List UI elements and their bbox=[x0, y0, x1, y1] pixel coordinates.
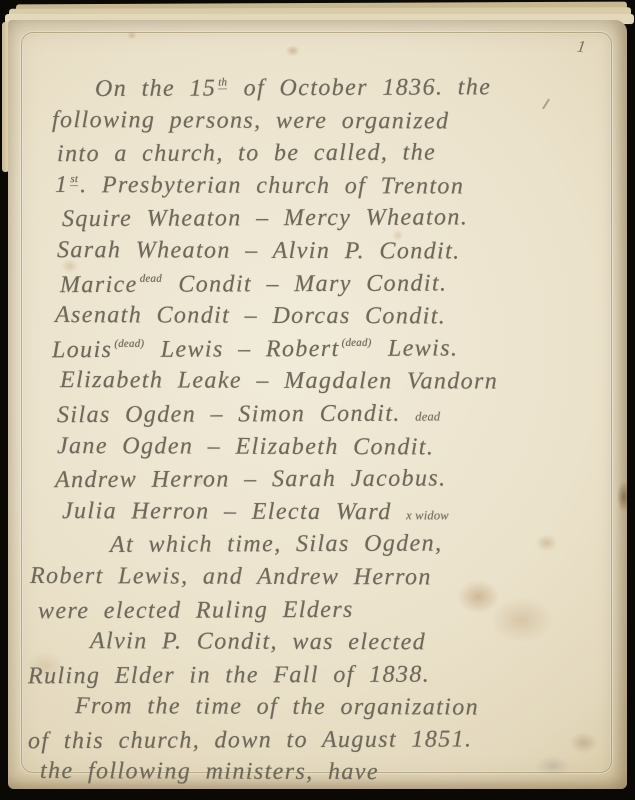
handwriting-segment: Alvin P. Condit, was elected bbox=[90, 628, 426, 655]
handwriting-segment: following persons, were organized bbox=[52, 107, 450, 134]
manuscript-line: the following ministers, have bbox=[28, 755, 623, 790]
annotation-note: (dead) bbox=[114, 338, 144, 350]
annotation-note: dead bbox=[415, 409, 440, 423]
annotation-note: st bbox=[70, 173, 78, 186]
handwriting-segment: . Presbyterian church of Trenton bbox=[80, 172, 464, 199]
annotation-note: x widow bbox=[406, 508, 449, 522]
book-page: 1 On the 15th of October 1836. thefollow… bbox=[8, 20, 627, 789]
page-number: 1 bbox=[575, 37, 586, 58]
manuscript-line: Julia Herron – Electa Ward x widow bbox=[28, 495, 623, 530]
manuscript-line: At which time, Silas Ogden, bbox=[28, 527, 623, 562]
handwriting-segment: of October 1836. the bbox=[229, 74, 491, 101]
handwriting-segment: Marice bbox=[60, 271, 138, 297]
annotation-note: (dead) bbox=[342, 337, 372, 349]
manuscript-line: Maricedead Condit – Mary Condit. bbox=[28, 266, 623, 301]
manuscript-line: On the 15th of October 1836. the bbox=[28, 71, 623, 106]
manuscript-line: Silas Ogden – Simon Condit. dead bbox=[28, 397, 623, 432]
manuscript-line: Robert Lewis, and Andrew Herron bbox=[28, 560, 623, 595]
handwriting-segment: Jane Ogden – Elizabeth Condit. bbox=[57, 433, 434, 460]
handwriting-segment: 1 bbox=[55, 172, 68, 198]
handwriting-segment: of this church, down to August 1851. bbox=[28, 726, 473, 754]
manuscript-line: Alvin P. Condit, was elected bbox=[28, 625, 623, 660]
manuscript-line: Ruling Elder in the Fall of 1838. bbox=[28, 657, 623, 692]
handwriting-segment: Julia Herron – Electa Ward bbox=[62, 498, 406, 525]
photo-background: 1 On the 15th of October 1836. thefollow… bbox=[0, 0, 635, 800]
handwriting-segment: into a church, to be called, the bbox=[57, 140, 436, 168]
handwriting-segment: Elizabeth Leake – Magdalen Vandorn bbox=[60, 367, 498, 395]
handwriting-segment: At which time, Silas Ogden, bbox=[110, 531, 443, 558]
manuscript-line: Andrew Herron – Sarah Jacobus. bbox=[28, 462, 623, 497]
manuscript-line: following persons, were organized bbox=[28, 104, 623, 139]
handwriting-segment: the following ministers, have bbox=[40, 758, 379, 785]
manuscript-line: of this church, down to August 1851. bbox=[28, 723, 623, 758]
handwriting-segment: Ruling Elder in the Fall of 1838. bbox=[28, 661, 430, 689]
manuscript-line: 1st. Presbyterian church of Trenton bbox=[28, 169, 623, 204]
handwriting-segment: Condit – Mary Condit. bbox=[164, 270, 448, 297]
handwriting-segment: Andrew Herron – Sarah Jacobus. bbox=[55, 466, 447, 494]
annotation-note: dead bbox=[140, 272, 162, 284]
handwriting-segment: Squire Wheaton – Mercy Wheaton. bbox=[62, 205, 468, 233]
handwriting-segment: Lewis – Robert bbox=[146, 336, 339, 363]
handwriting-segment: Louis bbox=[52, 337, 112, 363]
handwriting-segment: were elected Ruling Elders bbox=[38, 596, 354, 623]
manuscript-line: Asenath Condit – Dorcas Condit. bbox=[28, 299, 623, 334]
handwriting-segment: Robert Lewis, and Andrew Herron bbox=[30, 563, 432, 590]
manuscript-line: into a church, to be called, the bbox=[28, 136, 623, 171]
handwriting-segment: Lewis. bbox=[373, 335, 458, 361]
handwriting-segment: On the 15 bbox=[95, 75, 216, 102]
manuscript-line: Elizabeth Leake – Magdalen Vandorn bbox=[28, 364, 623, 399]
manuscript-text: On the 15th of October 1836. thefollowin… bbox=[28, 72, 623, 789]
manuscript-line: Sarah Wheaton – Alvin P. Condit. bbox=[28, 234, 623, 269]
handwriting-segment: Asenath Condit – Dorcas Condit. bbox=[55, 302, 446, 329]
manuscript-line: Squire Wheaton – Mercy Wheaton. bbox=[28, 201, 623, 236]
handwriting-segment: Sarah Wheaton – Alvin P. Condit. bbox=[57, 237, 461, 264]
handwriting-segment: From the time of the organization bbox=[75, 693, 479, 720]
manuscript-line: were elected Ruling Elders bbox=[28, 592, 623, 627]
handwriting-segment: Silas Ogden – Simon Condit. bbox=[57, 401, 415, 429]
manuscript-line: From the time of the organization bbox=[28, 690, 623, 725]
manuscript-line: Jane Ogden – Elizabeth Condit. bbox=[28, 429, 623, 464]
manuscript-line: Louis(dead) Lewis – Robert(dead) Lewis. bbox=[28, 331, 623, 366]
annotation-note: th bbox=[218, 76, 227, 89]
